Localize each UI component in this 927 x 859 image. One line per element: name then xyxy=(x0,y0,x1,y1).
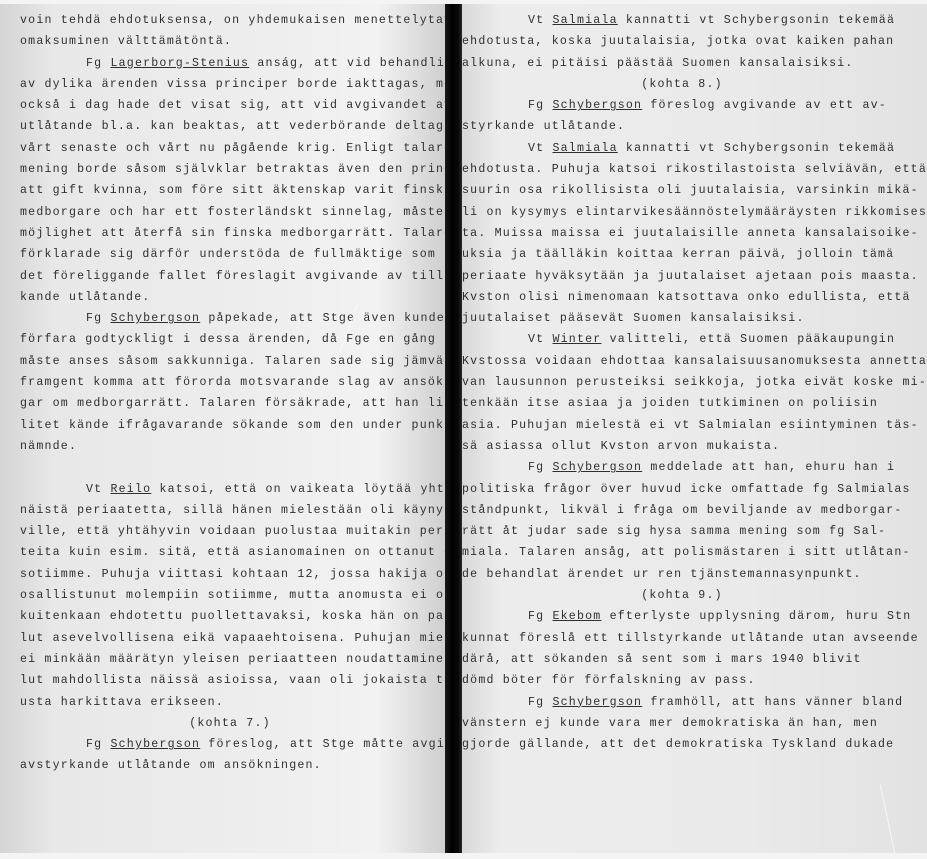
text-line: ei minkään määrätyn yleisen periaatteen … xyxy=(20,649,445,670)
speaker-paragraph-start: Vt Salmiala kannatti vt Schybergsonin te… xyxy=(462,138,927,159)
speaker-title: Vt xyxy=(528,333,552,346)
text-line: förfara godtyckligt i dessa ärenden, då … xyxy=(20,329,445,350)
speaker-name: Ekebom xyxy=(552,610,601,623)
text-line: rätt åt judar sade sig hysa samma mening… xyxy=(462,521,927,542)
speaker-statement: katsoi, että on vaikeata löytää yhte- xyxy=(151,483,445,496)
left-page-text: voin tehdä ehdotuksensa, on yhdemukaisen… xyxy=(20,10,445,777)
text-line: därå, att sökanden så sent som i mars 19… xyxy=(462,649,927,670)
text-line: medborgare och har ett fosterländskt sin… xyxy=(20,202,445,223)
text-line: att gift kvinna, som före sitt äktenskap… xyxy=(20,180,445,201)
text-line: gjorde gällande, att det demokratiska Ty… xyxy=(462,734,927,755)
right-page-text: Vt Salmiala kannatti vt Schybergsonin te… xyxy=(462,10,927,755)
speaker-paragraph-start: Fg Schybergson framhöll, att hans vänner… xyxy=(462,692,927,713)
text-line: ehdotusta. Puhuja katsoi rikostilastoist… xyxy=(462,159,927,180)
speaker-name: Schybergson xyxy=(110,738,200,751)
text-line: möjlighet att återfå sin finska medborga… xyxy=(20,223,445,244)
text-line: suurin osa rikollisista oli juutalaisia,… xyxy=(462,180,927,201)
speaker-paragraph-start: Vt Winter valitteli, että Suomen pääkaup… xyxy=(462,329,927,350)
section-heading: (kohta 8.) xyxy=(462,74,902,95)
speaker-paragraph-start: Fg Schybergson föreslog, att Stge måtte … xyxy=(20,734,445,755)
text-line: ta. Muissa maissa ei juutalaisille annet… xyxy=(462,223,927,244)
text-line: omaksuminen välttämätöntä. xyxy=(20,31,445,52)
speaker-paragraph-start: Fg Schybergson meddelade att han, ehuru … xyxy=(462,457,927,478)
speaker-statement: anság, att vid behandlingen xyxy=(249,57,445,70)
text-line: av dylika ärenden vissa principer borde … xyxy=(20,74,445,95)
text-line: teita kuin esim. sitä, että asianomainen… xyxy=(20,542,445,563)
speaker-statement: valitteli, että Suomen pääkaupungin xyxy=(601,333,895,346)
speaker-name: Reilo xyxy=(110,483,151,496)
speaker-statement: påpekade, att Stge även kunde xyxy=(200,312,445,325)
text-line: sotiimme. Puhuja viittasi kohtaan 12, jo… xyxy=(20,564,445,585)
section-heading: (kohta 7.) xyxy=(20,713,440,734)
text-line: utlåtande bl.a. kan beaktas, att vederbö… xyxy=(20,116,445,137)
text-line: kunnat föreslå ett tillstyrkande utlåtan… xyxy=(462,628,927,649)
book-binding-gutter xyxy=(445,4,462,853)
text-line: måste anses såsom sakkunniga. Talaren sa… xyxy=(20,351,445,372)
speaker-title: Fg xyxy=(528,696,552,709)
speaker-title: Vt xyxy=(86,483,110,496)
text-line: li on kysymys elintarvikesäännöstelymäär… xyxy=(462,202,927,223)
speaker-name: Schybergson xyxy=(552,461,642,474)
text-line: Kvston olisi nimenomaan katsottava onko … xyxy=(462,287,927,308)
speaker-name: Lagerborg-Stenius xyxy=(110,57,249,70)
speaker-statement: efterlyste upplysning därom, huru Stn xyxy=(601,610,911,623)
text-line: tenkään itse asiaa ja joiden tutkiminen … xyxy=(462,393,927,414)
text-line: kuitenkaan ehdotettu puollettavaksi, kos… xyxy=(20,606,445,627)
speaker-paragraph-start: Fg Ekebom efterlyste upplysning därom, h… xyxy=(462,606,927,627)
speaker-title: Vt xyxy=(528,14,552,27)
speaker-name: Salmiala xyxy=(552,142,617,155)
speaker-title: Fg xyxy=(528,461,552,474)
speaker-paragraph-start: Fg Schybergson påpekade, att Stge även k… xyxy=(20,308,445,329)
speaker-title: Fg xyxy=(86,57,110,70)
text-line: också i dag hade det visat sig, att vid … xyxy=(20,95,445,116)
speaker-paragraph-start: Vt Reilo katsoi, että on vaikeata löytää… xyxy=(20,479,445,500)
text-line: ståndpunkt, likväl i fråga om beviljande… xyxy=(462,500,927,521)
speaker-title: Fg xyxy=(528,99,552,112)
text-line: politiska frågor över huvud icke omfatta… xyxy=(462,479,927,500)
text-line: framgent komma att förorda motsvarande s… xyxy=(20,372,445,393)
text-line: osallistunut molempiin sotiimme, mutta a… xyxy=(20,585,445,606)
speaker-statement: föreslog avgivande av ett av- xyxy=(642,99,887,112)
text-line: ehdotusta, koska juutalaisia, jotka ovat… xyxy=(462,31,927,52)
scan-bottom-edge xyxy=(0,853,927,859)
speaker-title: Fg xyxy=(86,738,110,751)
speaker-name: Schybergson xyxy=(110,312,200,325)
speaker-paragraph-start: Fg Schybergson föreslog avgivande av ett… xyxy=(462,95,927,116)
text-line: voin tehdä ehdotuksensa, on yhdemukaisen… xyxy=(20,10,445,31)
text-line xyxy=(20,457,445,478)
text-line: miala. Talaren ansåg, att polismästaren … xyxy=(462,542,927,563)
text-line: lut mahdollista näissä asioissa, vaan ol… xyxy=(20,670,445,691)
speaker-statement: framhöll, att hans vänner bland xyxy=(642,696,903,709)
speaker-name: Salmiala xyxy=(552,14,617,27)
speaker-statement: meddelade att han, ehuru han i xyxy=(642,461,895,474)
text-line: näistä periaatetta, sillä hänen mielestä… xyxy=(20,500,445,521)
section-heading: (kohta 9.) xyxy=(462,585,902,606)
speaker-name: Schybergson xyxy=(552,99,642,112)
text-line: juutalaiset pääsevät Suomen kansalaisiks… xyxy=(462,308,927,329)
text-line: uksia ja täälläkin koittaa kerran päivä,… xyxy=(462,244,927,265)
text-line: vänstern ej kunde vara mer demokratiska … xyxy=(462,713,927,734)
text-line: nämnde. xyxy=(20,436,445,457)
text-line: periaate hyväksytään ja juutalaiset ajet… xyxy=(462,266,927,287)
speaker-statement: kannatti vt Schybergsonin tekemää xyxy=(618,142,895,155)
right-page: Vt Salmiala kannatti vt Schybergsonin te… xyxy=(462,4,927,853)
text-line: sä asiassa ollut Kvston arvon mukaista. xyxy=(462,436,927,457)
left-page: voin tehdä ehdotuksensa, on yhdemukaisen… xyxy=(0,4,445,853)
text-line: litet kände ifrågavarande sökande som de… xyxy=(20,415,445,436)
text-line: alkuna, ei pitäisi päästää Suomen kansal… xyxy=(462,53,927,74)
speaker-name: Schybergson xyxy=(552,696,642,709)
paper-crease xyxy=(880,785,896,853)
text-line: förklarade sig därför understöda de full… xyxy=(20,244,445,265)
text-line: mening borde såsom självklar betraktas ä… xyxy=(20,159,445,180)
speaker-name: Winter xyxy=(552,333,601,346)
text-line: van lausunnon perusteiksi seikkoja, jotk… xyxy=(462,372,927,393)
speaker-title: Vt xyxy=(528,142,552,155)
text-line: kande utlåtande. xyxy=(20,287,445,308)
text-line: Kvstossa voidaan ehdottaa kansalaisuusan… xyxy=(462,351,927,372)
text-line: avstyrkande utlåtande om ansökningen. xyxy=(20,755,445,776)
speaker-title: Fg xyxy=(86,312,110,325)
speaker-statement: kannatti vt Schybergsonin tekemää xyxy=(618,14,895,27)
text-line: ville, että yhtähyvin voidaan puolustaa … xyxy=(20,521,445,542)
speaker-statement: föreslog, att Stge måtte avgiva xyxy=(200,738,445,751)
text-line: gar om medborgarrätt. Talaren försäkrade… xyxy=(20,393,445,414)
text-line: vårt senaste och vårt nu pågående krig. … xyxy=(20,138,445,159)
speaker-title: Fg xyxy=(528,610,552,623)
text-line: de behandlat ärendet ur ren tjänstemanna… xyxy=(462,564,927,585)
text-line: det föreliggande fallet föreslagit avgiv… xyxy=(20,266,445,287)
text-line: lut asevelvollisena eikä vapaaehtoisena.… xyxy=(20,628,445,649)
speaker-paragraph-start: Fg Lagerborg-Stenius anság, att vid beha… xyxy=(20,53,445,74)
text-line: styrkande utlåtande. xyxy=(462,116,927,137)
text-line: dömd böter för förfalskning av pass. xyxy=(462,670,927,691)
text-line: usta harkittava erikseen. xyxy=(20,692,445,713)
text-line: asia. Puhujan mielestä ei vt Salmialan e… xyxy=(462,415,927,436)
speaker-paragraph-start: Vt Salmiala kannatti vt Schybergsonin te… xyxy=(462,10,927,31)
